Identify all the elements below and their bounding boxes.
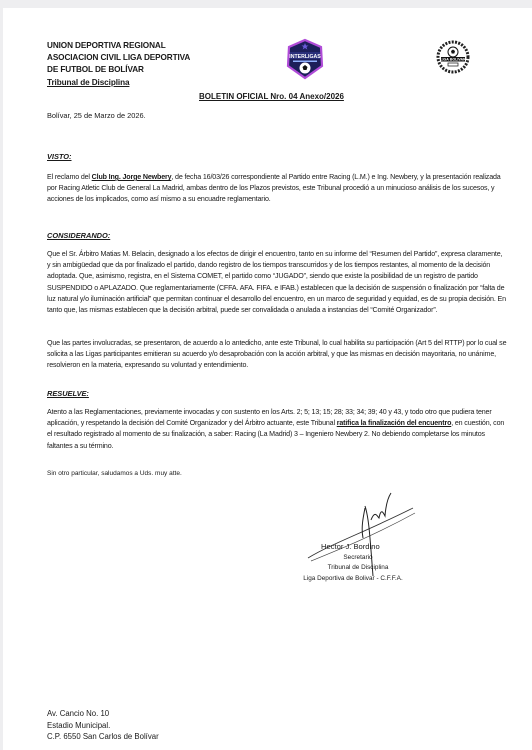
footer-line-2: Estadio Municipal. xyxy=(47,720,159,732)
visto-paragraph: El reclamo del Club Ing. Jorge Newbery, … xyxy=(47,172,507,206)
interligas-logo-text: INTERLIGAS xyxy=(289,54,321,60)
footer-line-1: Av. Cancio No. 10 xyxy=(47,708,159,720)
club-name: Club Ing. Jorge Newbery xyxy=(92,173,172,181)
org-line-1: UNION DEPORTIVA REGIONAL xyxy=(47,40,190,52)
interligas-shield-logo: INTERLIGAS xyxy=(285,38,325,80)
liga-bolivar-logo-text: LIGA BOLIVAR xyxy=(440,58,466,62)
closing-line: Sin otro particular, saludamos a Uds. mu… xyxy=(47,470,182,477)
signatory-role: Secretario xyxy=(303,553,413,564)
liga-bolivar-emblem-logo: LIGA BOLIVAR xyxy=(436,40,470,74)
org-line-2: ASOCIACION CIVIL LIGA DEPORTIVA xyxy=(47,52,190,64)
signature-block: Hector J. Bordino Secretario Tribunal de… xyxy=(303,542,413,584)
considerando-paragraph-2: Que las partes involucradas, se presenta… xyxy=(47,338,507,372)
visto-text-pre: El reclamo del xyxy=(47,173,92,181)
resuelve-paragraph: Atento a las Reglamentaciones, previamen… xyxy=(47,407,507,452)
document-date: Bolívar, 25 de Marzo de 2026. xyxy=(47,111,146,120)
considerando-paragraph-1: Que el Sr. Árbitro Matias M. Belacin, de… xyxy=(47,249,507,316)
footer-address: Av. Cancio No. 10 Estadio Municipal. C.P… xyxy=(47,708,159,743)
document-page: UNION DEPORTIVA REGIONAL ASOCIACION CIVI… xyxy=(3,8,532,750)
resolution-highlight: ratifica la finalización del encuentro xyxy=(337,419,452,427)
resuelve-heading: RESUELVE: xyxy=(47,389,89,398)
organization-header: UNION DEPORTIVA REGIONAL ASOCIACION CIVI… xyxy=(47,40,190,89)
signatory-name: Hector J. Bordino xyxy=(321,542,413,553)
org-line-3: DE FUTBOL DE BOLÍVAR xyxy=(47,64,190,76)
footer-line-3: C.P. 6550 San Carlos de Bolívar xyxy=(47,731,159,743)
tribunal-name: Tribunal de Disciplina xyxy=(47,77,190,89)
signatory-body: Tribunal de Disciplina xyxy=(303,563,413,574)
document-title: BOLETIN OFICIAL Nro. 04 Anexo/2026 xyxy=(199,92,344,101)
considerando-heading: CONSIDERANDO: xyxy=(47,231,110,240)
visto-heading: VISTO: xyxy=(47,152,72,161)
signatory-org: Liga Deportiva de Bolivar - C.F.F.A. xyxy=(293,574,413,585)
